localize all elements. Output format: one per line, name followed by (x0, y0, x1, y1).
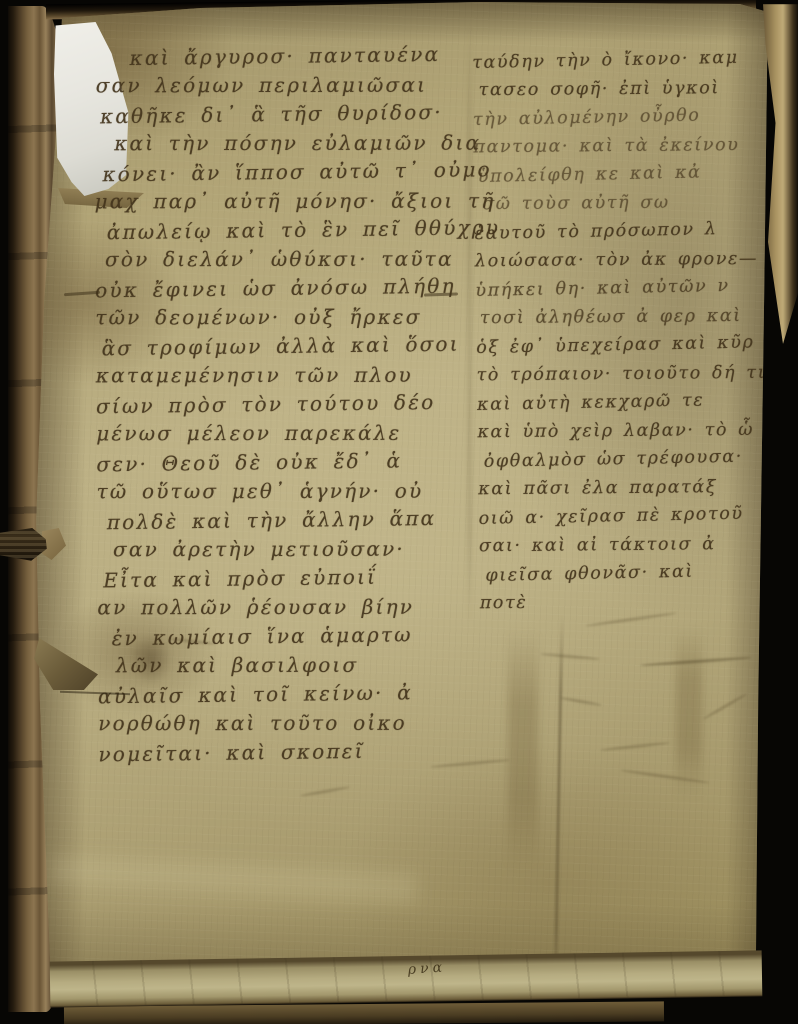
text-line: ἐν κωμίαισ ἵνα ἁμαρτω (111, 620, 461, 654)
text-line: σίων πρὸσ τὸν τούτου δέο (96, 388, 460, 422)
text-line: τὸ τρόπαιον· τοιοῦτο δή τι (476, 358, 778, 389)
text-line: καταμεμένησιν τῶν πλου (96, 361, 460, 391)
text-line: τῶν δεομένων· οὐξ ἤρκεσ (95, 303, 459, 333)
text-line: ὁξ ἐφ᾽ ὑπεχείρασ καὶ κῦρ (476, 328, 779, 363)
stain-streak (676, 628, 702, 798)
text-line: σεν· Θεοῦ δὲ οὐκ ἔδ᾽ ἁ (96, 446, 460, 480)
text-line: αν πολλῶν ῥέουσαν βίην (97, 593, 461, 623)
text-line: πολδὲ καὶ τὴν ἄλλην ἅπα (107, 504, 461, 538)
text-line: σῶ τοὺσ αὐτῆ σω (482, 187, 776, 218)
text-line: λῶν καὶ βασιλφοισ (116, 651, 462, 681)
text-line: σαι· καὶ αἰ τάκτοισ ἀ (479, 529, 781, 560)
light-crease-band (48, 854, 417, 903)
text-line: ὀφθαλμὸσ ὡσ τρέφουσα· (484, 442, 781, 476)
text-line: παντομα· καὶ τὰ ἐκείνου (473, 130, 775, 161)
text-line: ἀπωλείῳ καὶ τὸ ἓν πεῖ θθύχρυ (107, 214, 459, 248)
text-line: νορθώθη καὶ τοῦτο οἰκο (98, 709, 462, 739)
text-line: κόνει· ἂν ἵπποσ αὐτῶ τ᾽ οὐμο (102, 156, 458, 190)
text-column-right: ταύδην τὴν ὸ ἴκονο· καμτασεο σοφῆ· ἐπὶ ὑ… (472, 44, 782, 618)
text-line: καὶ αὐτὴ κεκχαρῶ τε (477, 385, 780, 420)
gutter-crease (468, 22, 471, 623)
text-line: τὴν αὐλομένην οὖρθο (473, 100, 776, 135)
text-line: ὑπήκει θη· καὶ αὐτῶν ν (475, 271, 778, 306)
text-line: οὐκ ἔφινει ὡσ ἀνόσω πλήθη (95, 272, 459, 306)
text-line: καὶ ἄργυροσ· πανταυένα (129, 40, 457, 73)
text-line: ἃσ τροφίμων ἀλλὰ καὶ ὅσοι (101, 330, 459, 364)
stain-streak (508, 630, 538, 870)
text-line: φιεῖσα φθονᾶσ· καὶ (485, 556, 782, 590)
text-line: καὶ τὴν πόσην εὐλαμιῶν δια (114, 129, 458, 159)
text-line: καθῆκε δι᾽ ἃ τῆσ θυρίδοσ· (100, 98, 458, 132)
text-line: ὑπολείφθη κε καὶ κἀ (478, 157, 777, 191)
text-line: Εἶτα καὶ πρὸσ εὐποιΐ (103, 562, 461, 596)
text-line: τοσὶ ἀληθέωσ ἀ φερ καὶ (480, 301, 778, 332)
text-column-left: καὶ ἄργυροσ· πανταυένασαν λεόμων περιλαμ… (93, 41, 462, 769)
text-line: ποτὲ (480, 586, 782, 617)
text-line: καὶ ὑπὸ χεὶρ λαβαν· τὸ ὧ (477, 415, 779, 446)
vertical-crease (553, 613, 563, 1004)
text-line: σαν ἀρετὴν μετιοῦσαν· (113, 535, 461, 565)
text-line: νομεῖται· καὶ σκοπεῖ (98, 736, 462, 770)
bottom-page-edge: ρνα (50, 950, 763, 1007)
text-line: μαχ παρ᾽ αὐτῆ μόνησ· ἄξιοι τῆ (95, 187, 459, 217)
text-line: ταύδην τὴν ὸ ἴκονο· καμ (472, 43, 775, 78)
text-line: αὐλαῖσ καὶ τοῖ κείνω· ἀ (98, 678, 462, 712)
text-line: τῶ οὕτωσ μεθ᾽ ἁγνήν· οὐ (97, 477, 461, 507)
text-line: σὸν διελάν᾽ ὡθύκσι· ταῦτα (105, 245, 459, 275)
text-line: μένωσ μέλεον παρεκάλε (96, 419, 460, 449)
text-line: σαν λεόμων περιλαμιῶσαι (96, 71, 458, 101)
text-line: οιῶ α· χεῖρασ πὲ κροτοῦ (478, 499, 781, 534)
text-line: ἑαυτοῦ τὸ πρόσωπον λ (474, 214, 777, 249)
text-line: καὶ πᾶσι ἐλα παρατάξ (478, 472, 780, 503)
text-line: λοιώσασα· τὸν ἀκ φρονε— (475, 244, 777, 275)
quire-mark: ρνα (407, 959, 446, 978)
text-line: τασεο σοφῆ· ἐπὶ ὑγκοὶ (478, 73, 774, 104)
manuscript-photo: καὶ ἄργυροσ· πανταυένασαν λεόμων περιλαμ… (0, 0, 798, 1024)
